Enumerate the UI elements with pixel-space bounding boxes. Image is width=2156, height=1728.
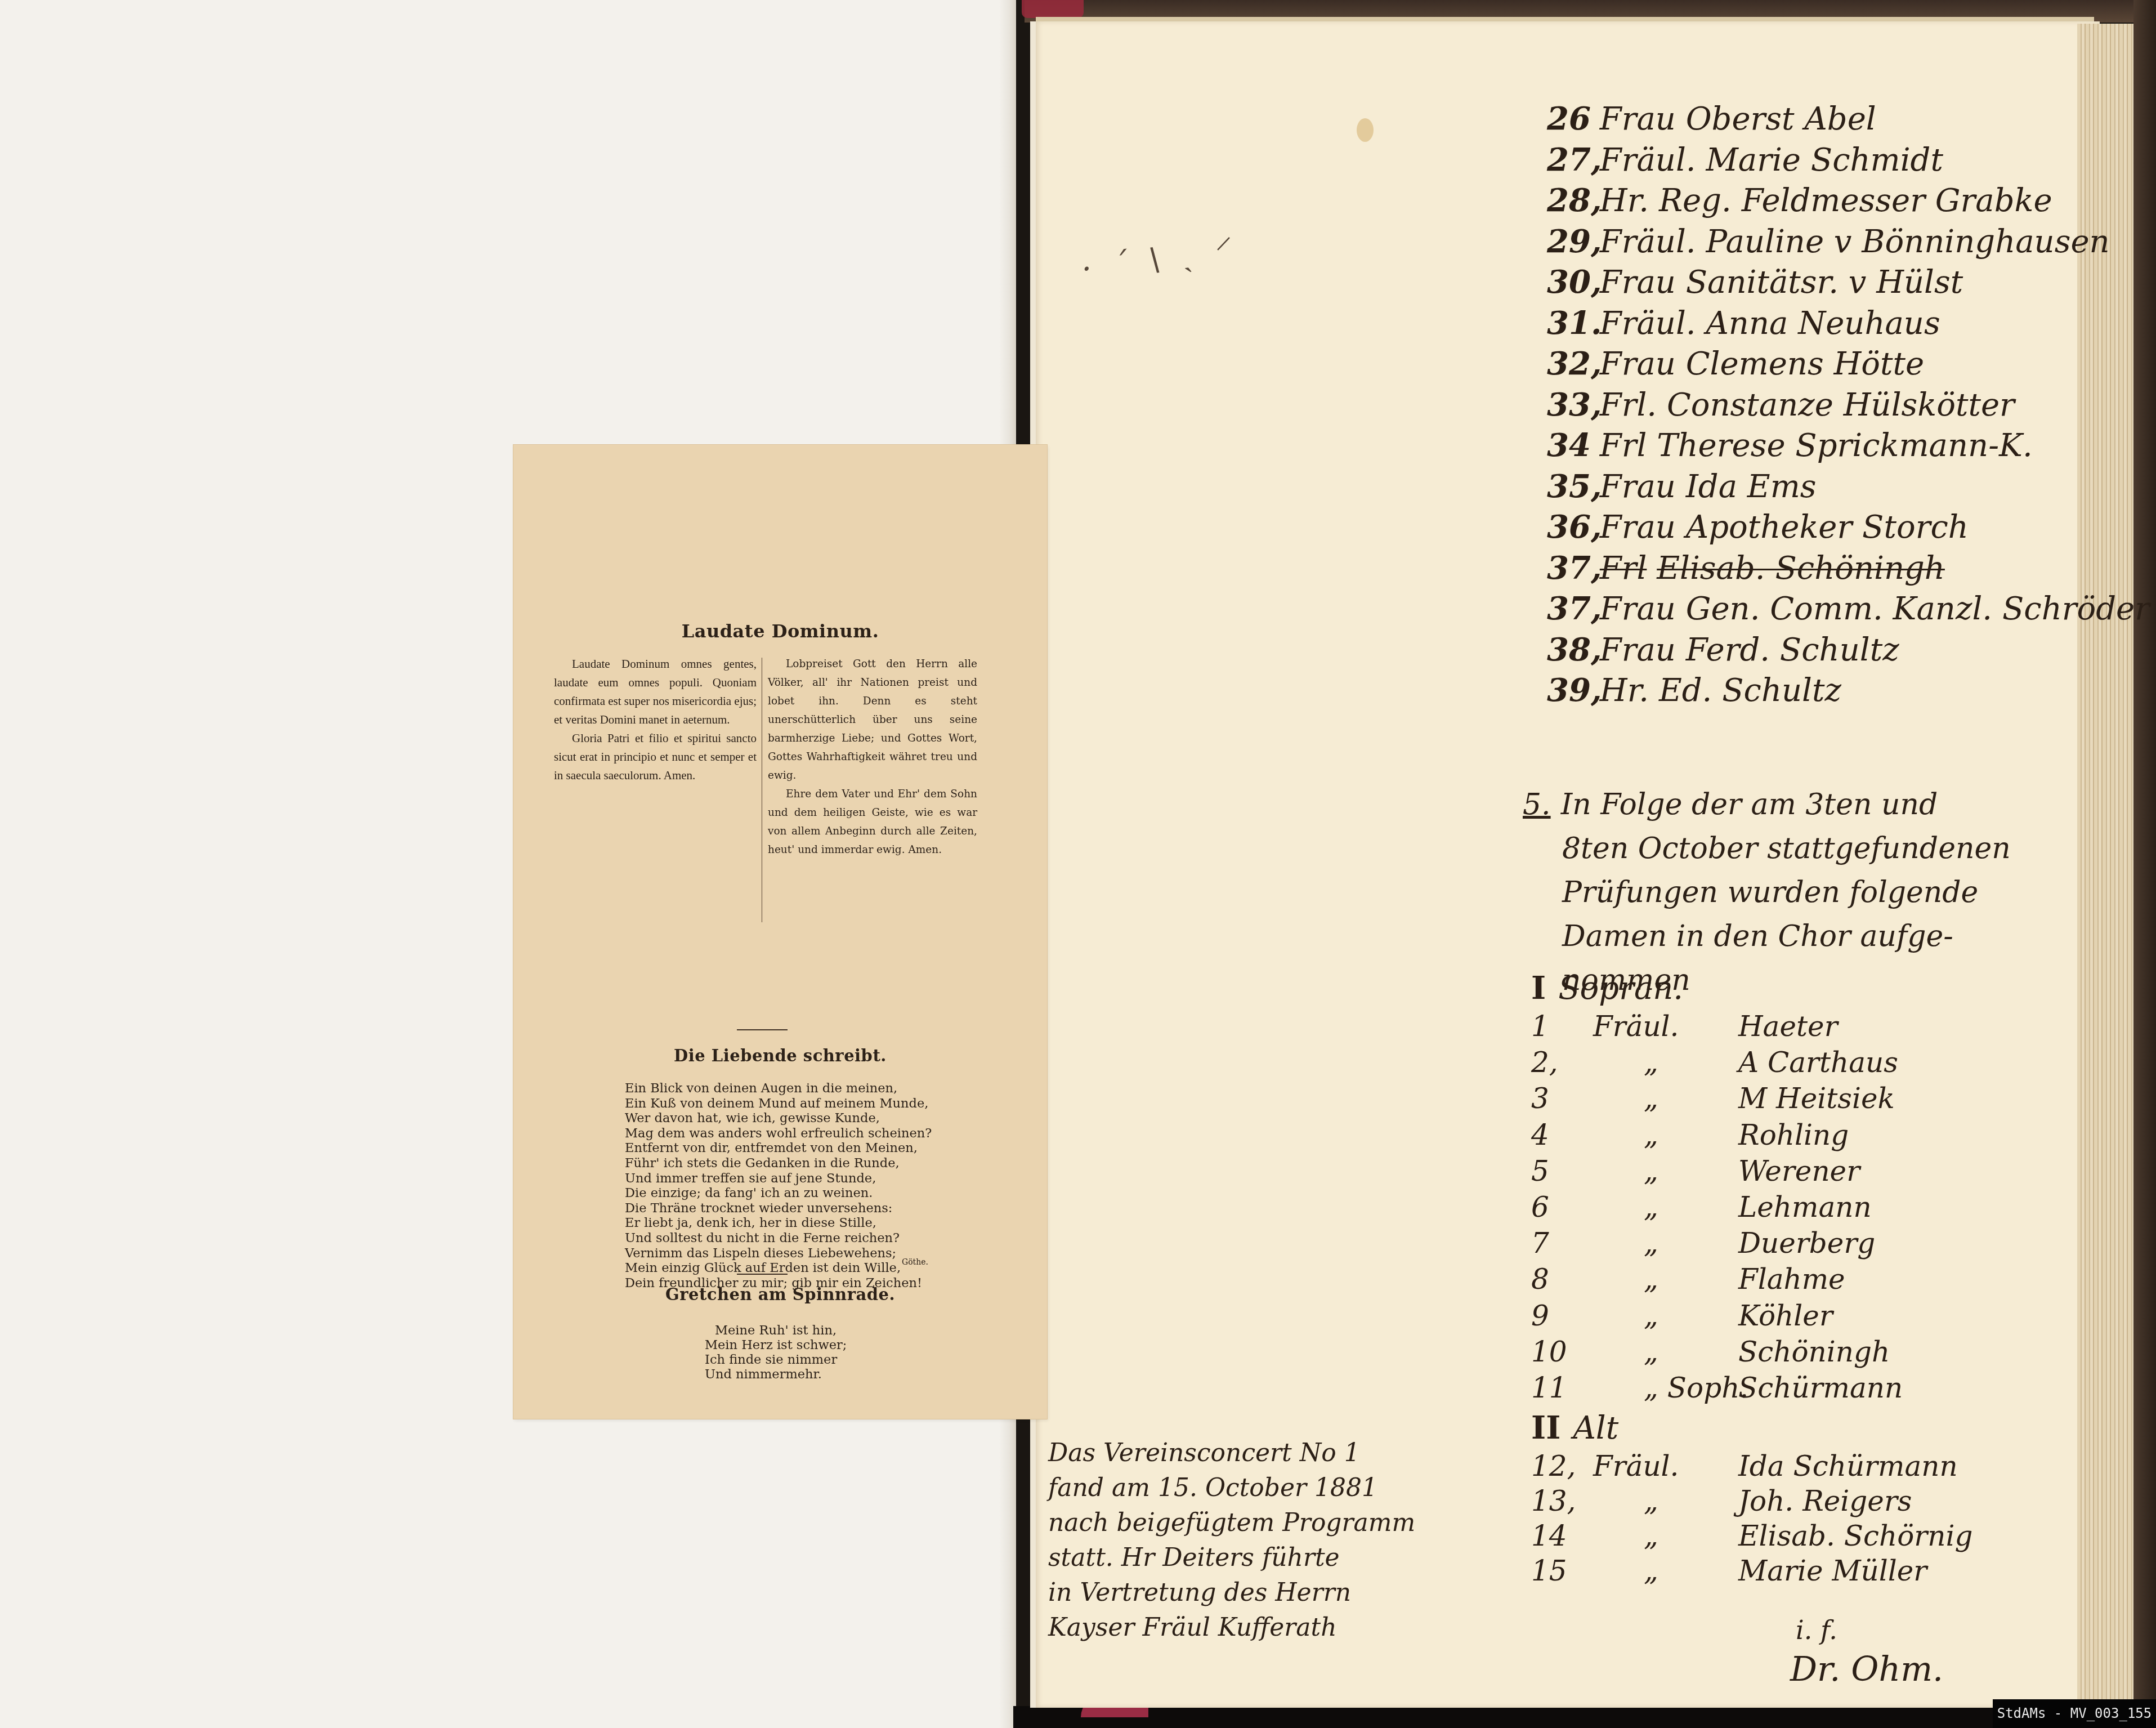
note-line: Kayser Fräul Kufferath <box>1048 1610 1415 1645</box>
pasted-concert-program: Laudate Dominum. Laudate Dominum omnes g… <box>513 445 1047 1419</box>
choir-title: „ <box>1593 1044 1738 1080</box>
member-number: 33, <box>1547 385 1590 425</box>
poem-line: Und solltest du nicht in die Ferne reich… <box>625 1231 940 1246</box>
choir-admissions-list: ISopran. 1Fräul.Haeter 2,„A Carthaus 3„M… <box>1531 968 1972 1588</box>
choir-number: 8 <box>1531 1261 1593 1297</box>
choir-row: 14„Elisab. Schörnig <box>1531 1518 1972 1553</box>
headband-ribbon <box>1022 0 1084 18</box>
choir-row: 4„Rohling <box>1531 1117 1972 1153</box>
member-row: 35, Frau Ida Ems <box>1547 466 2150 507</box>
laudate-title: Laudate Dominum. <box>513 620 1047 642</box>
choir-number: 11 <box>1531 1370 1593 1406</box>
member-row: 36, Frau Apotheker Storch <box>1547 507 2150 548</box>
choir-name: Schöningh <box>1738 1334 1890 1370</box>
latin-paragraph: Laudate Dominum omnes gentes, laudate eu… <box>554 655 757 729</box>
member-title: Fräul. <box>1600 142 1696 178</box>
member-number: 34 <box>1547 425 1590 466</box>
section-roman-numeral: I <box>1531 970 1546 1007</box>
choir-row: 3„M Heitsiek <box>1531 1080 1972 1117</box>
german-paragraph: Lobpreiset Gott den Herrn alle Völker, a… <box>768 655 977 785</box>
concert-note: Das Vereinsconcert No 1 fand am 15. Octo… <box>1048 1436 1415 1645</box>
member-row: 26 Frau Oberst Abel <box>1547 99 2150 140</box>
member-title: Frl. <box>1600 387 1657 423</box>
member-title: Frau <box>1600 101 1676 137</box>
book-binding-bottom <box>1013 1706 2156 1728</box>
choir-title: „ <box>1593 1518 1738 1554</box>
member-row: 29, Fräul. Pauline v Bönninghausen <box>1547 221 2150 262</box>
minute-line: Damen in den Chor aufge- <box>1523 914 2011 958</box>
member-number: 27, <box>1547 140 1590 180</box>
poem-line: Wer davon hat, wie ich, gewisse Kunde, <box>625 1111 940 1126</box>
poem-line: Die Thräne trocknet wieder unversehens: <box>625 1201 940 1216</box>
poem-line: Er liebt ja, denk ich, her in diese Stil… <box>625 1216 940 1231</box>
choir-title: „ <box>1593 1117 1738 1153</box>
choir-number: 6 <box>1531 1189 1593 1225</box>
german-paragraph: Ehre dem Vater und Ehr' dem Sohn und dem… <box>768 785 977 859</box>
member-row: 27, Fräul. Marie Schmidt <box>1547 140 2150 181</box>
member-name: Anna Neuhaus <box>1706 305 1940 342</box>
choir-title: „ <box>1593 1080 1738 1117</box>
member-name: Reg. Feldmesser Grabke <box>1659 182 2052 219</box>
choir-title: „ <box>1593 1225 1738 1261</box>
member-number: 30, <box>1547 262 1590 302</box>
liebende-title: Die Liebende schreibt. <box>513 1046 1047 1065</box>
minute-text: In Folge der am 3ten und <box>1561 788 1938 821</box>
minute-number: 5. <box>1523 788 1551 821</box>
soprano-heading: ISopran. <box>1531 968 1972 1008</box>
member-row: 28, Hr. Reg. Feldmesser Grabke <box>1547 180 2150 221</box>
member-name: Clemens Hötte <box>1686 346 1924 382</box>
choir-title: „ <box>1593 1153 1738 1189</box>
poem-line: Entfernt von dir, entfremdet von den Mei… <box>625 1141 940 1156</box>
choir-row: 10„Schöningh <box>1531 1334 1972 1370</box>
member-row: 39, Hr. Ed. Schultz <box>1547 670 2150 711</box>
member-number: 37, <box>1547 588 1590 629</box>
member-number: 26 <box>1547 99 1590 139</box>
choir-row: 5„Werener <box>1531 1153 1972 1189</box>
poem-line: Ein Blick von deinen Augen in die meinen… <box>625 1081 940 1096</box>
member-list: 26 Frau Oberst Abel 27, Fräul. Marie Sch… <box>1547 99 2150 711</box>
member-row: 30, Frau Sanitätsr. v Hülst <box>1547 262 2150 303</box>
note-line: statt. Hr Deiters führte <box>1048 1541 1415 1575</box>
choir-title: Fräul. <box>1593 1448 1738 1484</box>
member-title: Frau <box>1600 591 1676 627</box>
member-number: 38, <box>1547 629 1590 670</box>
choir-title: „ <box>1593 1483 1738 1519</box>
choir-title: „ <box>1593 1261 1738 1297</box>
choir-row: 7„Duerberg <box>1531 1225 1972 1261</box>
choir-number: 2, <box>1531 1044 1593 1080</box>
note-line: fand am 15. October 1881 <box>1048 1471 1415 1506</box>
member-number: 32, <box>1547 343 1590 384</box>
member-row-struck-through: 37, Frl Elisab. Schöningh <box>1547 548 2150 589</box>
member-title: Frau <box>1600 632 1676 668</box>
archive-reference-label: StdAMs - MV_003_155 <box>1993 1699 2156 1728</box>
minute-line: 8ten October stattgefundenen <box>1523 827 2011 870</box>
poem-line: Die einzige; da fang' ich an zu weinen. <box>625 1186 940 1201</box>
member-row: 33, Frl. Constanze Hülskötter <box>1547 385 2150 426</box>
poem-line: Und immer treffen sie auf jene Stunde, <box>625 1171 940 1186</box>
choir-number: 4 <box>1531 1117 1593 1153</box>
poem-line: Mag dem was anders wohl erfreulich schei… <box>625 1126 940 1141</box>
member-number: 37, <box>1547 548 1590 588</box>
member-name: Gen. Comm. Kanzl. Schröder <box>1686 591 2150 627</box>
choir-name: Flahme <box>1738 1261 1845 1297</box>
member-name: Apotheker Storch <box>1686 509 1969 546</box>
poem-line: Ein Kuß von deinem Mund auf meinem Munde… <box>625 1096 940 1111</box>
member-title: Frau <box>1600 468 1676 505</box>
poem-line: Mein Herz ist schwer; <box>705 1338 847 1352</box>
member-number: 39, <box>1547 670 1590 711</box>
minute-line: 5.In Folge der am 3ten und <box>1523 783 2011 827</box>
choir-title: „ <box>1593 1334 1738 1370</box>
choir-title: „ <box>1593 1553 1738 1589</box>
choir-number: 14 <box>1531 1518 1593 1554</box>
member-row: 32, Frau Clemens Hötte <box>1547 343 2150 385</box>
member-name: Ferd. Schultz <box>1686 632 1899 668</box>
choir-number: 12, <box>1531 1448 1593 1484</box>
choir-title: „ <box>1593 1189 1738 1225</box>
column-divider <box>762 658 762 922</box>
member-number: 35, <box>1547 466 1590 507</box>
choir-name: Elisab. Schörnig <box>1738 1518 1972 1554</box>
minute-line: Prüfungen wurden folgende <box>1523 870 2011 914</box>
choir-number: 13, <box>1531 1483 1593 1519</box>
choir-name: Rohling <box>1738 1117 1849 1153</box>
latin-text-column: Laudate Dominum omnes gentes, laudate eu… <box>554 655 757 785</box>
member-number: 36, <box>1547 507 1590 547</box>
signature: i. f. Dr. Ohm. <box>1790 1610 1943 1689</box>
choir-number: 1 <box>1531 1008 1593 1044</box>
member-name: Pauline v Bönninghausen <box>1706 224 2109 260</box>
member-name: Marie Schmidt <box>1706 142 1943 178</box>
choir-name: Duerberg <box>1738 1225 1875 1261</box>
choir-name: Schürmann <box>1738 1370 1903 1406</box>
choir-row: 12,Fräul.Ida Schürmann <box>1531 1448 1972 1483</box>
poem-line: Führ' ich stets die Gedanken in die Rund… <box>625 1156 940 1171</box>
choir-number: 7 <box>1531 1225 1593 1261</box>
poem-author: Göthe. <box>902 1258 928 1267</box>
member-title: Frau <box>1600 346 1676 382</box>
liebende-poem: Ein Blick von deinen Augen in die meinen… <box>625 1081 940 1291</box>
choir-name: Köhler <box>1738 1298 1833 1334</box>
member-row: 31. Fräul. Anna Neuhaus <box>1547 303 2150 344</box>
section-label: Alt <box>1573 1410 1618 1446</box>
member-title: Frl <box>1600 550 1647 587</box>
member-number: 31. <box>1547 303 1590 343</box>
member-title: Frl <box>1600 427 1647 464</box>
choir-name: A Carthaus <box>1738 1044 1898 1080</box>
poem-line: Meine Ruh' ist hin, <box>705 1323 847 1338</box>
choir-row: 9„Köhler <box>1531 1298 1972 1334</box>
member-row: 38, Frau Ferd. Schultz <box>1547 629 2150 671</box>
choir-row: 15„Marie Müller <box>1531 1553 1972 1588</box>
choir-number: 3 <box>1531 1080 1593 1117</box>
choir-number: 9 <box>1531 1298 1593 1334</box>
choir-number: 10 <box>1531 1334 1593 1370</box>
member-title: Fräul. <box>1600 224 1696 260</box>
member-title: Hr. <box>1600 182 1649 219</box>
member-number: 28, <box>1547 180 1590 221</box>
choir-number: 5 <box>1531 1153 1593 1189</box>
section-label: Sopran. <box>1558 970 1683 1007</box>
choir-row: 11„ Soph.Schürmann <box>1531 1370 1972 1406</box>
poem-line: Und nimmermehr. <box>705 1367 847 1382</box>
member-row: 34 Frl Therese Sprickmann-K. <box>1547 425 2150 466</box>
member-name: Oberst Abel <box>1686 101 1876 137</box>
signature-prefix: i. f. <box>1796 1610 1943 1650</box>
choir-row: 13,„Joh. Reigers <box>1531 1483 1972 1518</box>
alto-heading: IIAlt <box>1531 1408 1972 1448</box>
member-name: Elisab. Schöningh <box>1657 550 1945 587</box>
member-name: Sanitätsr. v Hülst <box>1686 264 1963 301</box>
section-rule <box>737 1029 788 1030</box>
member-name: Ed. Schultz <box>1659 672 1841 709</box>
member-title: Hr. <box>1600 672 1649 709</box>
choir-name: Joh. Reigers <box>1738 1483 1912 1519</box>
member-title: Frau <box>1600 509 1676 546</box>
member-name: Constanze Hülskötter <box>1667 387 2015 423</box>
note-line: nach beigefügtem Programm <box>1048 1506 1415 1541</box>
section-rule <box>737 1274 788 1275</box>
member-number: 29, <box>1547 221 1590 262</box>
member-name: Therese Sprickmann-K. <box>1657 427 2033 464</box>
latin-paragraph: Gloria Patri et filio et spiritui sancto… <box>554 729 757 785</box>
signature-name: Dr. Ohm. <box>1790 1650 1943 1689</box>
choir-name: M Heitsiek <box>1738 1080 1895 1117</box>
choir-row: 6„Lehmann <box>1531 1189 1972 1225</box>
section-roman-numeral: II <box>1531 1409 1560 1446</box>
member-row: 37, Frau Gen. Comm. Kanzl. Schröder <box>1547 588 2150 629</box>
choir-row: 8„Flahme <box>1531 1261 1972 1297</box>
member-title: Frau <box>1600 264 1676 301</box>
member-title: Fräul. <box>1600 305 1696 342</box>
choir-row: 1Fräul.Haeter <box>1531 1008 1972 1044</box>
choir-title: „ Soph. <box>1593 1370 1738 1406</box>
choir-row: 2,„A Carthaus <box>1531 1044 1972 1080</box>
choir-name: Lehmann <box>1738 1189 1872 1225</box>
choir-name: Marie Müller <box>1738 1553 1927 1589</box>
gretchen-title: Gretchen am Spinnrade. <box>513 1285 1047 1304</box>
choir-name: Haeter <box>1738 1008 1838 1044</box>
german-text-column: Lobpreiset Gott den Herrn alle Völker, a… <box>768 655 977 859</box>
choir-name: Ida Schürmann <box>1738 1448 1958 1484</box>
member-name: Ida Ems <box>1686 468 1817 505</box>
choir-title: Fräul. <box>1593 1008 1738 1044</box>
note-line: Das Vereinsconcert No 1 <box>1048 1436 1415 1471</box>
choir-number: 15 <box>1531 1553 1593 1589</box>
choir-name: Werener <box>1738 1153 1860 1189</box>
paper-stain <box>1357 118 1374 142</box>
choir-title: „ <box>1593 1298 1738 1334</box>
gretchen-poem: Meine Ruh' ist hin, Mein Herz ist schwer… <box>705 1323 847 1382</box>
poem-line: Vernimm das Lispeln dieses Liebewehens; <box>625 1246 940 1261</box>
note-line: in Vertretung des Herrn <box>1048 1575 1415 1610</box>
poem-line: Ich finde sie nimmer <box>705 1352 847 1367</box>
